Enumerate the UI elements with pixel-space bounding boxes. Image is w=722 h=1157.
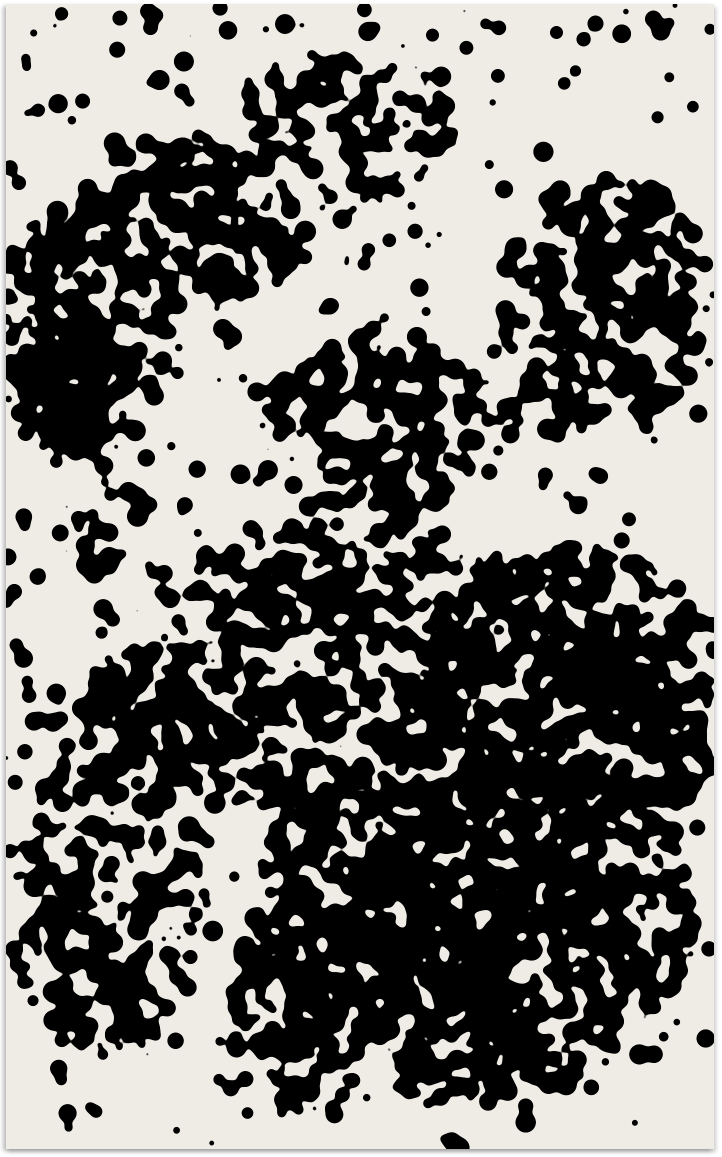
rug-pattern xyxy=(6,4,714,1149)
rug-image xyxy=(6,4,714,1149)
